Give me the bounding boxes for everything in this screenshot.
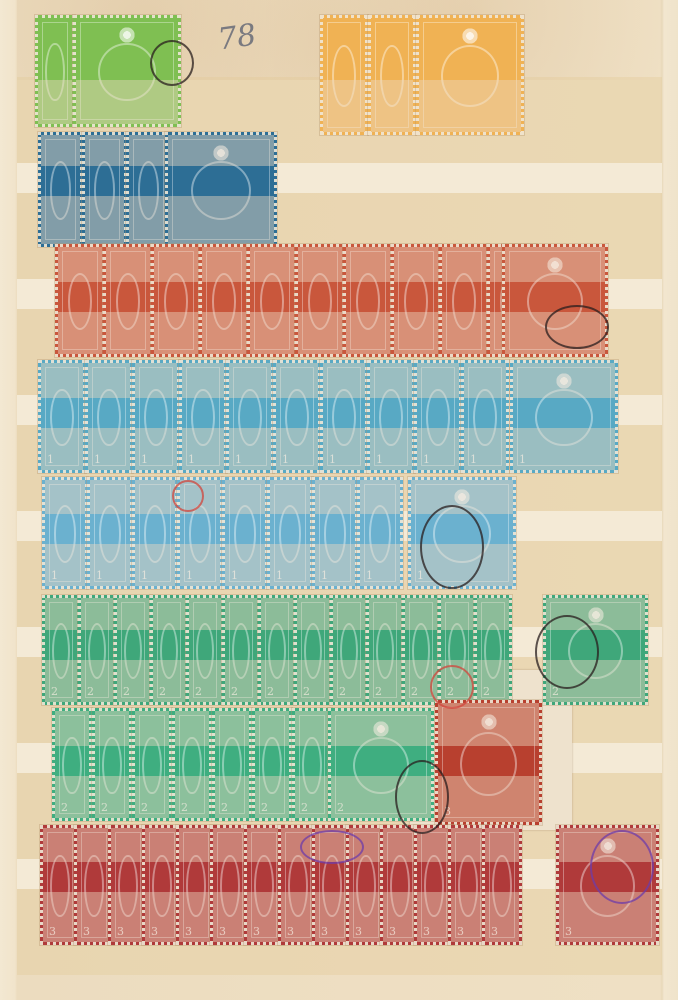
stamp: 1 [132, 360, 180, 473]
stamp [247, 244, 297, 357]
stamp: 1 [367, 360, 415, 473]
stamp: 3 [435, 700, 542, 825]
stamp [295, 244, 345, 357]
stamp: 1 [461, 360, 509, 473]
stamp: 3 [482, 825, 522, 945]
stamp: 2 [132, 708, 172, 821]
postmark-cancel [590, 830, 654, 904]
stamp: 1 [267, 477, 313, 589]
pencil-annotation: 78 [216, 18, 259, 58]
stamp: 2 [292, 708, 332, 821]
stamp [35, 15, 75, 127]
stamp: 2 [252, 708, 292, 821]
postmark-cancel [545, 305, 609, 349]
stamp: 1 [38, 360, 86, 473]
stamp: 2 [186, 595, 224, 705]
stamp [103, 244, 153, 357]
stamp: 2 [474, 595, 512, 705]
stamp: 1 [42, 477, 88, 589]
stamp: 1 [320, 360, 368, 473]
stamp [320, 15, 368, 135]
stamp: 2 [52, 708, 92, 821]
postmark-cancel [300, 830, 364, 864]
stamp: 1 [273, 360, 321, 473]
stamp: 2 [172, 708, 212, 821]
stamp [82, 132, 127, 247]
postmark-cancel [172, 480, 204, 512]
stamp [439, 244, 489, 357]
stamp: 2 [212, 708, 252, 821]
stamp: 1 [414, 360, 462, 473]
stamp: 2 [330, 595, 368, 705]
stamp: 1 [179, 360, 227, 473]
stamp: 1 [87, 477, 133, 589]
stamp: 2 [42, 595, 80, 705]
stamp [199, 244, 249, 357]
stamp: 2 [114, 595, 152, 705]
stockbook-page: 1111111111111111111122222222222222222222… [0, 0, 678, 1000]
stamp [151, 244, 201, 357]
postmark-cancel [430, 665, 474, 709]
stamp: 2 [78, 595, 116, 705]
stamp: 2 [366, 595, 404, 705]
stamp: 2 [294, 595, 332, 705]
stamp [38, 132, 83, 247]
stamp: 1 [226, 360, 274, 473]
stamp: 2 [258, 595, 296, 705]
postmark-cancel [395, 760, 449, 834]
postmark-cancel [420, 505, 484, 589]
stamp [165, 132, 277, 247]
stamp: 1 [222, 477, 268, 589]
stamp: 2 [92, 708, 132, 821]
stamp [368, 15, 416, 135]
stamp: 1 [85, 360, 133, 473]
postmark-cancel [535, 615, 599, 689]
stamp [416, 15, 524, 135]
stamp: 1 [510, 360, 618, 473]
stamp: 1 [312, 477, 358, 589]
stamp: 2 [222, 595, 260, 705]
stamp: 2 [150, 595, 188, 705]
stamp [391, 244, 441, 357]
stamp [55, 244, 105, 357]
postmark-cancel [150, 40, 194, 86]
stamp: 1 [357, 477, 403, 589]
chrysanthemum-icon [461, 27, 479, 45]
stamp [343, 244, 393, 357]
